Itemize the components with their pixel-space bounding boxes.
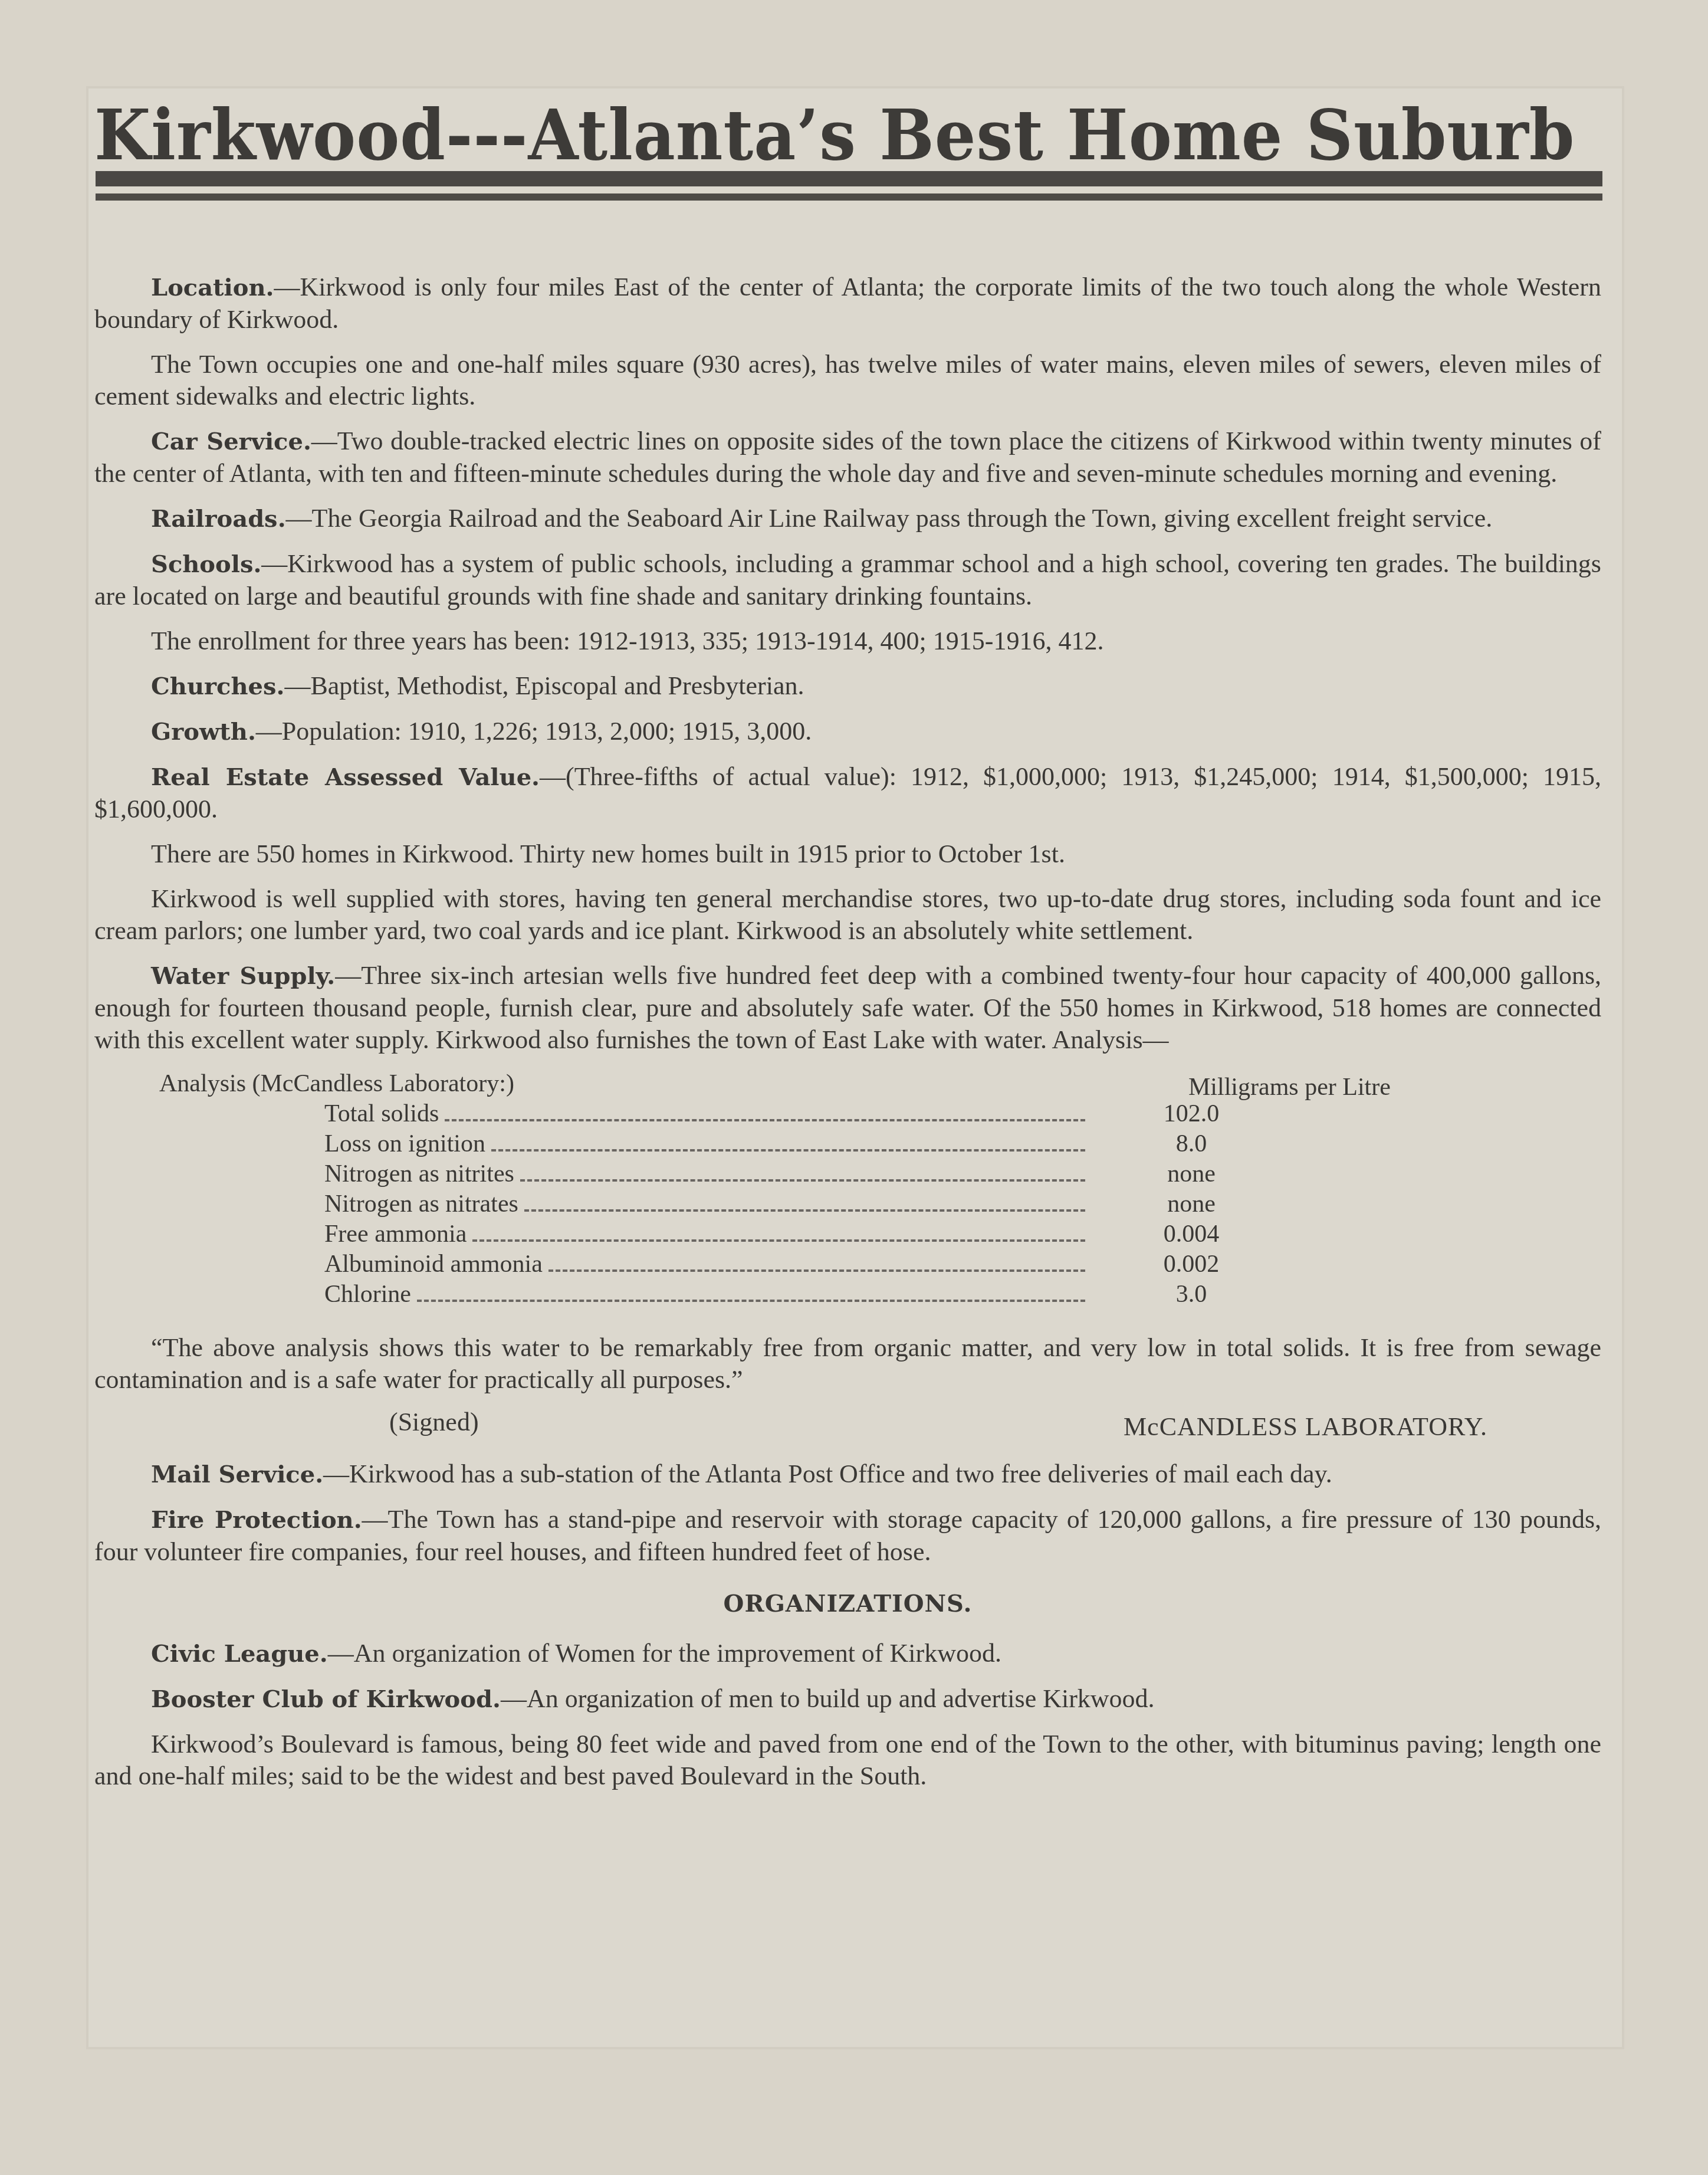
paragraph-lead: Real Estate Assessed Value. — [151, 763, 540, 791]
dotted-leader — [520, 1179, 1085, 1182]
paragraph-lead: Mail Service. — [151, 1461, 323, 1488]
paragraph-text: The enrollment for three years has been:… — [151, 626, 1103, 655]
analysis-label: Nitrogen as nitrites — [324, 1159, 520, 1189]
paragraph: Railroads.—The Georgia Railroad and the … — [94, 503, 1601, 535]
paragraph: Civic League.—An organization of Women f… — [94, 1638, 1601, 1670]
paragraph-lead: Booster Club of Kirkwood. — [151, 1685, 501, 1713]
analysis-value: 3.0 — [1132, 1280, 1250, 1310]
section-general: Location.—Kirkwood is only four miles Ea… — [94, 271, 1601, 1056]
paragraph: Kirkwood’s Boulevard is famous, being 80… — [94, 1728, 1601, 1792]
document-page: Kirkwood---Atlanta’s Best Home Suburb Lo… — [88, 88, 1622, 2047]
paragraph-text: The Town occupies one and one-half miles… — [94, 350, 1601, 411]
analysis-row: Albuminoid ammonia0.002 — [324, 1249, 1386, 1280]
paragraph: Booster Club of Kirkwood.—An organizatio… — [94, 1683, 1601, 1715]
paragraph-text: Kirkwood is well supplied with stores, h… — [94, 884, 1601, 945]
analysis-value: none — [1132, 1159, 1250, 1189]
paragraph: Car Service.—Two double-tracked electric… — [94, 425, 1601, 490]
lab-quote: “The above analysis shows this water to … — [94, 1332, 1601, 1396]
paragraph-text: —Two double-tracked electric lines on op… — [94, 427, 1601, 488]
paragraph-lead: Churches. — [151, 672, 284, 700]
analysis-heading: Analysis (McCandless Laboratory:) — [159, 1069, 514, 1099]
body-content: Location.—Kirkwood is only four miles Ea… — [94, 271, 1601, 1805]
paragraph-text: There are 550 homes in Kirkwood. Thirty … — [151, 839, 1065, 868]
title-rule-thick — [96, 171, 1602, 186]
paragraph: Growth.—Population: 1910, 1,226; 1913, 2… — [94, 716, 1601, 748]
paragraph: Mail Service.—Kirkwood has a sub-station… — [94, 1458, 1601, 1491]
analysis-unit-label: Milligrams per Litre — [1188, 1072, 1391, 1103]
page-title: Kirkwood---Atlanta’s Best Home Suburb — [94, 100, 1501, 170]
analysis-label: Chlorine — [324, 1280, 417, 1310]
paragraph: Schools.—Kirkwood has a system of public… — [94, 548, 1601, 612]
dotted-leader — [472, 1239, 1085, 1242]
paragraph-text: —Population: 1910, 1,226; 1913, 2,000; 1… — [256, 717, 812, 746]
analysis-value: 102.0 — [1132, 1099, 1250, 1129]
signed-label: (Signed) — [389, 1406, 479, 1438]
paragraph: Churches.—Baptist, Methodist, Episcopal … — [94, 670, 1601, 703]
analysis-label: Free ammonia — [324, 1219, 472, 1249]
paragraph: Fire Protection.—The Town has a stand-pi… — [94, 1504, 1601, 1568]
analysis-value: none — [1132, 1189, 1250, 1219]
analysis-row: Loss on ignition8.0 — [324, 1129, 1386, 1159]
analysis-value: 0.004 — [1132, 1219, 1250, 1249]
water-analysis-table: Analysis (McCandless Laboratory:) Millig… — [94, 1069, 1601, 1317]
paragraph-text: —Baptist, Methodist, Episcopal and Presb… — [284, 671, 804, 700]
paragraph-lead: Water Supply. — [151, 962, 335, 990]
paragraph-text: —Kirkwood is only four miles East of the… — [94, 273, 1601, 334]
analysis-label: Total solids — [324, 1099, 445, 1129]
paragraph-lead: Location. — [151, 274, 274, 301]
paragraph-text: Kirkwood’s Boulevard is famous, being 80… — [94, 1730, 1601, 1790]
paragraph-lead: Civic League. — [151, 1640, 328, 1668]
paragraph-text: —An organization of Women for the improv… — [328, 1639, 1001, 1668]
paragraph: There are 550 homes in Kirkwood. Thirty … — [94, 838, 1601, 870]
signature-line: (Signed) McCANDLESS LABORATORY. — [94, 1406, 1601, 1442]
paragraph-text: —The Georgia Railroad and the Seaboard A… — [286, 504, 1493, 533]
section-services: Mail Service.—Kirkwood has a sub-station… — [94, 1458, 1601, 1568]
paragraph-text: —An organization of men to build up and … — [501, 1684, 1155, 1713]
analysis-row: Free ammonia0.004 — [324, 1219, 1386, 1249]
analysis-rows: Total solids102.0Loss on ignition8.0Nitr… — [324, 1099, 1386, 1310]
paragraph: Real Estate Assessed Value.—(Three-fifth… — [94, 761, 1601, 825]
dotted-leader — [524, 1209, 1085, 1212]
analysis-label: Nitrogen as nitrates — [324, 1189, 524, 1219]
paragraph-text: —Kirkwood has a system of public schools… — [94, 549, 1601, 611]
paragraph: Kirkwood is well supplied with stores, h… — [94, 883, 1601, 947]
paragraph-lead: Railroads. — [151, 505, 286, 533]
analysis-row: Nitrogen as nitratesnone — [324, 1189, 1386, 1219]
analysis-value: 0.002 — [1132, 1249, 1250, 1280]
analysis-label: Albuminoid ammonia — [324, 1249, 548, 1280]
analysis-row: Chlorine3.0 — [324, 1280, 1386, 1310]
paragraph-lead: Growth. — [151, 718, 256, 746]
signatory: McCANDLESS LABORATORY. — [1124, 1411, 1487, 1443]
dotted-leader — [445, 1119, 1085, 1121]
paragraph-text: —Kirkwood has a sub-station of the Atlan… — [323, 1459, 1332, 1488]
dotted-leader — [548, 1269, 1085, 1272]
paragraph-lead: Car Service. — [151, 428, 311, 455]
paragraph: The Town occupies one and one-half miles… — [94, 349, 1601, 412]
dotted-leader — [491, 1149, 1085, 1152]
analysis-row: Total solids102.0 — [324, 1099, 1386, 1129]
paragraph: Location.—Kirkwood is only four miles Ea… — [94, 271, 1601, 336]
paragraph-lead: Fire Protection. — [151, 1506, 362, 1534]
paragraph: The enrollment for three years has been:… — [94, 625, 1601, 657]
analysis-row: Nitrogen as nitritesnone — [324, 1159, 1386, 1189]
section-organizations: Civic League.—An organization of Women f… — [94, 1638, 1601, 1792]
paragraph: Water Supply.—Three six-inch artesian we… — [94, 960, 1601, 1056]
analysis-value: 8.0 — [1132, 1129, 1250, 1159]
paragraph-lead: Schools. — [151, 550, 261, 578]
dotted-leader — [417, 1300, 1085, 1302]
title-rule-thin — [96, 193, 1602, 201]
organizations-heading: ORGANIZATIONS. — [94, 1588, 1601, 1620]
analysis-label: Loss on ignition — [324, 1129, 491, 1159]
